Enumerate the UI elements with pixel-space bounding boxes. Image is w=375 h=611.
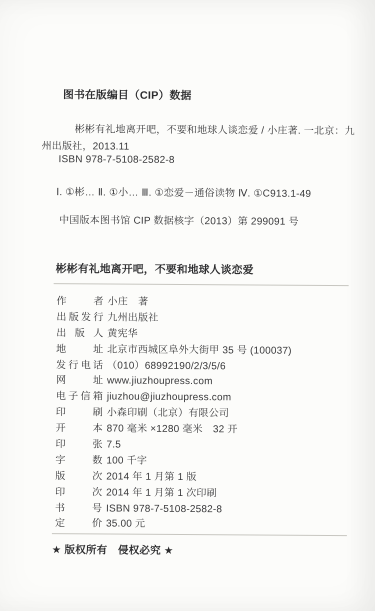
colophon-value: 北京市西城区阜外大街甲 35 号 (100037) (107, 342, 292, 359)
book-title: 彬彬有礼地离开吧，不要和地球人谈恋爱 (56, 261, 254, 277)
colophon-label: 印次 (55, 485, 102, 501)
colophon-value: 2014 年 1 月第 1 次印刷 (106, 485, 217, 502)
colophon-value: jiuzhou@jiuzhoupress.com (107, 390, 232, 407)
colophon-value: 870 毫米 ×1280 毫米 32 开 (107, 422, 238, 439)
colophon-label: 印张 (55, 437, 102, 453)
colophon-label: 字数 (55, 453, 102, 469)
colophon-value: 7.5 (106, 437, 121, 453)
colophon-value: 小森印刷（北京）有限公司 (107, 406, 230, 423)
colophon-label: 发行电话 (56, 358, 103, 374)
cip-imprint-line-1: 彬彬有礼地离开吧，不要和地球人谈恋爱 / 小庄著. 一北京：九 (75, 120, 355, 137)
colophon-value: 九州出版社 (107, 310, 158, 326)
colophon-value: 小庄 著 (107, 294, 148, 310)
cip-classification: Ⅰ. ①彬… Ⅱ. ①小… Ⅲ. ①恋爱－通俗读物 Ⅳ. ①C913.1-49 (56, 183, 311, 200)
cip-imprint-line-2: 州出版社，2013.11 (42, 137, 130, 153)
colophon-value: ISBN 978-7-5108-2582-8 (106, 501, 222, 518)
colophon-label: 作者 (56, 294, 103, 310)
colophon-value: 35.00 元 (106, 517, 145, 533)
cip-record-number: 中国版本图书馆 CIP 数据核字（2013）第 299091 号 (59, 211, 299, 228)
colophon-row: 定价 35.00 元 (55, 517, 355, 535)
colophon-label: 开本 (56, 421, 103, 437)
colophon-label: 地址 (56, 342, 103, 358)
cip-isbn-line: ISBN 978-7-5108-2582-8 (58, 154, 174, 166)
colophon-label: 书号 (55, 501, 102, 517)
colophon-label: 版次 (55, 469, 102, 485)
copyright-notice: ★ 版权所有 侵权必究 ★ (52, 542, 174, 558)
colophon-value: 2014 年 1 月第 1 版 (106, 469, 196, 486)
colophon-value: 100 千字 (106, 453, 147, 469)
colophon-label: 电子信箱 (56, 389, 103, 405)
colophon-label: 印刷 (56, 405, 103, 421)
colophon-label: 出版人 (56, 326, 103, 342)
scanned-page-content: 图书在版编目（CIP）数据 彬彬有礼地离开吧，不要和地球人谈恋爱 / 小庄著. … (0, 0, 375, 611)
colophon-label: 出版发行 (56, 310, 103, 326)
cip-header: 图书在版编目（CIP）数据 (63, 87, 192, 103)
colophon-value: 黄宪华 (107, 326, 138, 342)
title-divider (54, 283, 349, 286)
colophon-value: （010）68992190/2/3/5/6 (107, 358, 226, 375)
colophon-label: 网址 (56, 374, 103, 390)
colophon-value: www.jiuzhoupress.com (107, 374, 213, 391)
book-copyright-page: 图书在版编目（CIP）数据 彬彬有礼地离开吧，不要和地球人谈恋爱 / 小庄著. … (0, 0, 375, 611)
colophon-label: 定价 (55, 517, 102, 533)
colophon-list: 作者 小庄 著 出版发行 九州出版社 出版人 黄宪华 地址 北京市西城区阜外大街… (55, 294, 357, 534)
